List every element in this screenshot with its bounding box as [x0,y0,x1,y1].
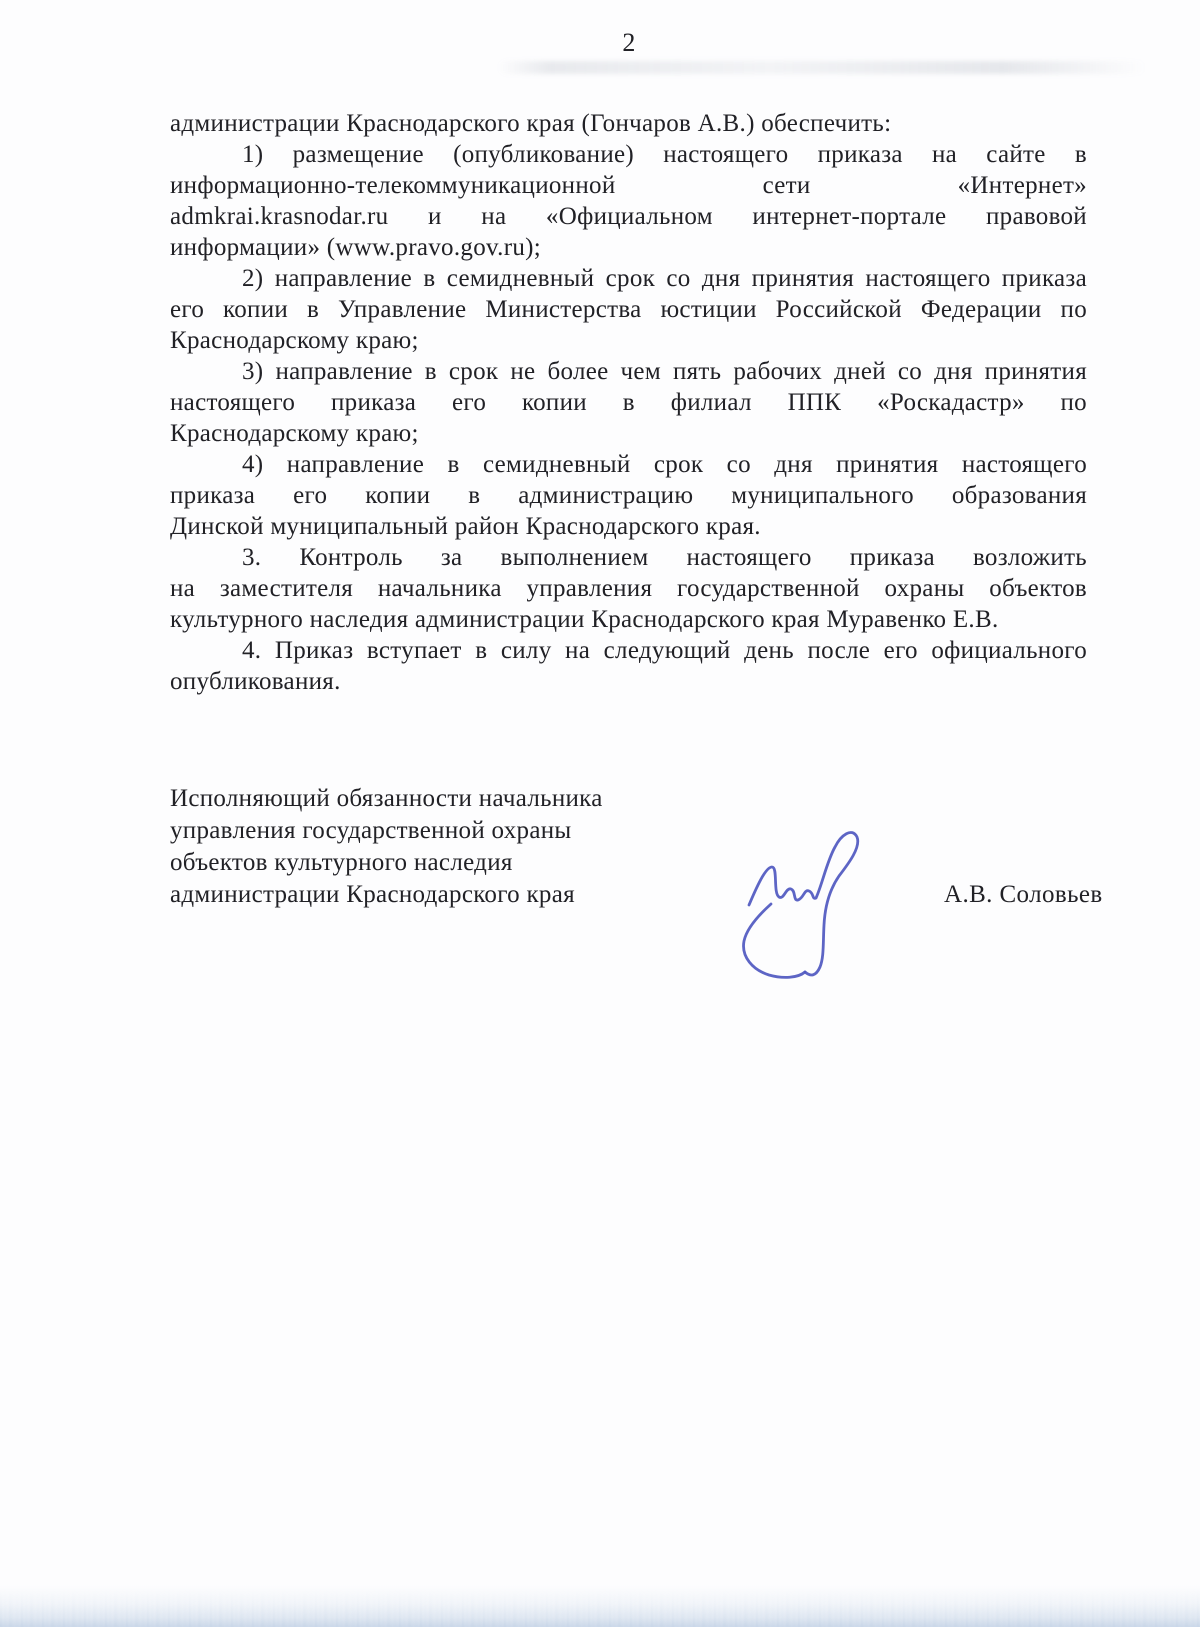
document-text-line: Краснодарскому краю; [170,418,1087,449]
document-text-line: опубликования. [170,666,1087,697]
document-text-line: администрации Краснодарского края (Гонча… [170,108,1087,139]
document-text-line: информационно-телекоммуникационной сети … [170,170,1087,201]
document-text-line: на заместителя начальника управления гос… [170,573,1087,604]
document-text-line: приказа его копии в администрацию муници… [170,480,1087,511]
signatory-position-block: Исполняющий обязанности начальникауправл… [170,783,730,911]
document-text-line: информации» (www.pravo.gov.ru); [170,232,1087,263]
document-text-line: культурного наследия администрации Красн… [170,604,1087,635]
scan-artifact-top [498,61,1146,74]
page-number: 2 [0,28,1200,58]
document-text-line: 2) направление в семидневный срок со дня… [170,263,1087,294]
document-text-line: 1) размещение (опубликование) настоящего… [170,139,1087,170]
document-text-line: 4) направление в семидневный срок со дня… [170,449,1087,480]
signatory-position-line: управления государственной охраны [170,815,730,847]
signatory-position-line: Исполняющий обязанности начальника [170,783,730,815]
document-text-line: 3. Контроль за выполнением настоящего пр… [170,542,1087,573]
scan-artifact-bottom [0,1585,1200,1627]
document-text-line: admkrai.krasnodar.ru и на «Официальном и… [170,201,1087,232]
document-text-line: 3) направление в срок не более чем пять … [170,356,1087,387]
document-text-line: его копии в Управление Министерства юсти… [170,294,1087,325]
document-text-line: 4. Приказ вступает в силу на следующий д… [170,635,1087,666]
handwritten-signature-icon [735,825,870,987]
signature-stroke-flourish [744,904,805,977]
document-text-line: настоящего приказа его копии в филиал ПП… [170,387,1087,418]
signature-stroke-main [749,832,858,975]
signatory-position-line: администрации Краснодарского края [170,879,730,911]
document-body: администрации Краснодарского края (Гонча… [170,108,1087,697]
document-text-line: Краснодарскому краю; [170,325,1087,356]
document-page: 2 администрации Краснодарского края (Гон… [0,0,1200,1627]
signatory-position-line: объектов культурного наследия [170,847,730,879]
document-text-line: Динской муниципальный район Краснодарско… [170,511,1087,542]
signer-name: А.В. Соловьев [944,879,1103,910]
